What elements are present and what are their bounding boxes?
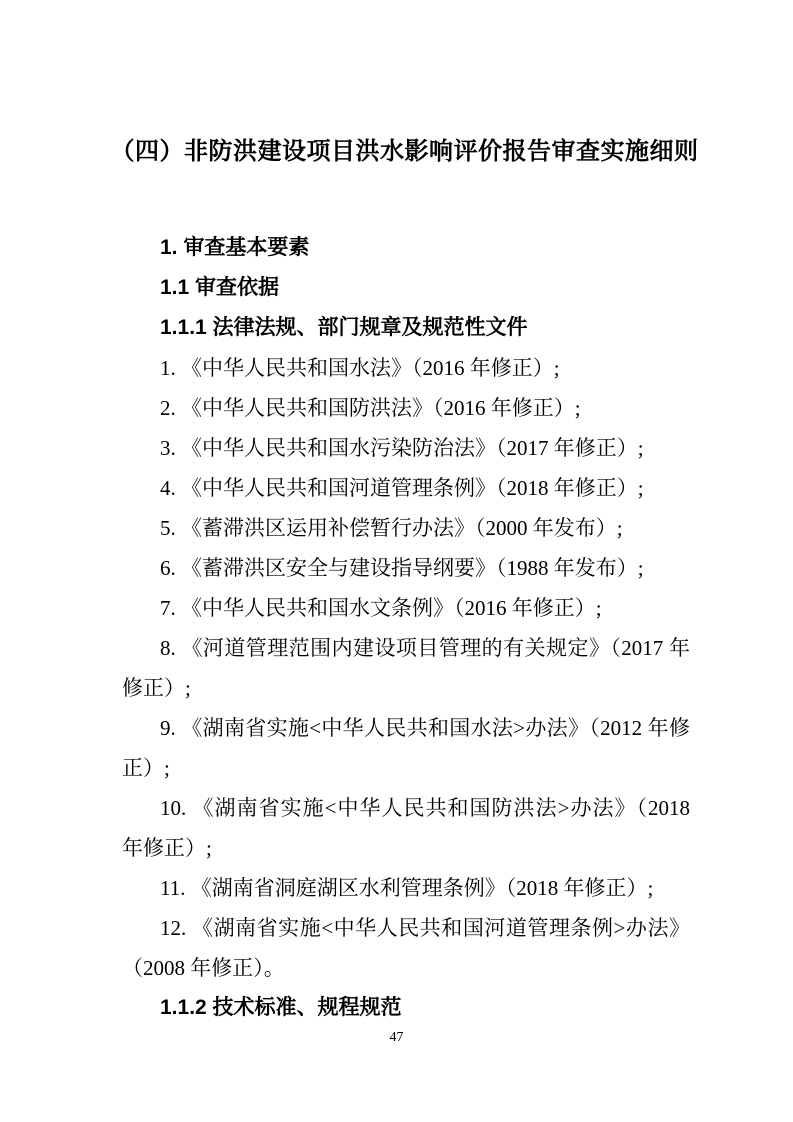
body-text-line: 1. 《中华人民共和国水法》（2016 年修正）;: [122, 348, 690, 388]
body-text-line: 12. 《湖南省实施<中华人民共和国河道管理条例>办法》: [122, 908, 690, 948]
body-text-line: 2. 《中华人民共和国防洪法》（2016 年修正）;: [122, 388, 690, 428]
body-text-line: 正）;: [122, 748, 690, 788]
document-title: （四）非防洪建设项目洪水影响评价报告审查实施细则: [0, 132, 793, 172]
body-text-line: 修正）;: [122, 668, 690, 708]
body-text-line: 10. 《湖南省实施<中华人民共和国防洪法>办法》（2018: [122, 788, 690, 828]
section-heading: 1.1 审查依据: [122, 268, 690, 308]
body-text-line: 5. 《蓄滞洪区运用补偿暂行办法》（2000 年发布）;: [122, 508, 690, 548]
body-text-line: 年修正）;: [122, 828, 690, 868]
body-text-line: 11. 《湖南省洞庭湖区水利管理条例》（2018 年修正）;: [122, 868, 690, 908]
page-number: 47: [0, 1028, 793, 1048]
body-text-line: 4. 《中华人民共和国河道管理条例》（2018 年修正）;: [122, 468, 690, 508]
document-body: 1. 审查基本要素1.1 审查依据1.1.1 法律法规、部门规章及规范性文件1.…: [122, 228, 690, 1028]
body-text-line: 3. 《中华人民共和国水污染防治法》（2017 年修正）;: [122, 428, 690, 468]
body-text-line: 6. 《蓄滞洪区安全与建设指导纲要》（1988 年发布）;: [122, 548, 690, 588]
section-heading: 1.1.1 法律法规、部门规章及规范性文件: [122, 308, 690, 348]
section-heading: 1. 审查基本要素: [122, 228, 690, 268]
body-text-line: 7. 《中华人民共和国水文条例》（2016 年修正）;: [122, 588, 690, 628]
section-heading: 1.1.2 技术标准、规程规范: [122, 988, 690, 1028]
body-text-line: 9. 《湖南省实施<中华人民共和国水法>办法》（2012 年修: [122, 708, 690, 748]
document-page: （四）非防洪建设项目洪水影响评价报告审查实施细则 1. 审查基本要素1.1 审查…: [0, 0, 793, 1122]
body-text-line: 8. 《河道管理范围内建设项目管理的有关规定》（2017 年: [122, 628, 690, 668]
body-text-line: （2008 年修正）。: [122, 948, 690, 988]
